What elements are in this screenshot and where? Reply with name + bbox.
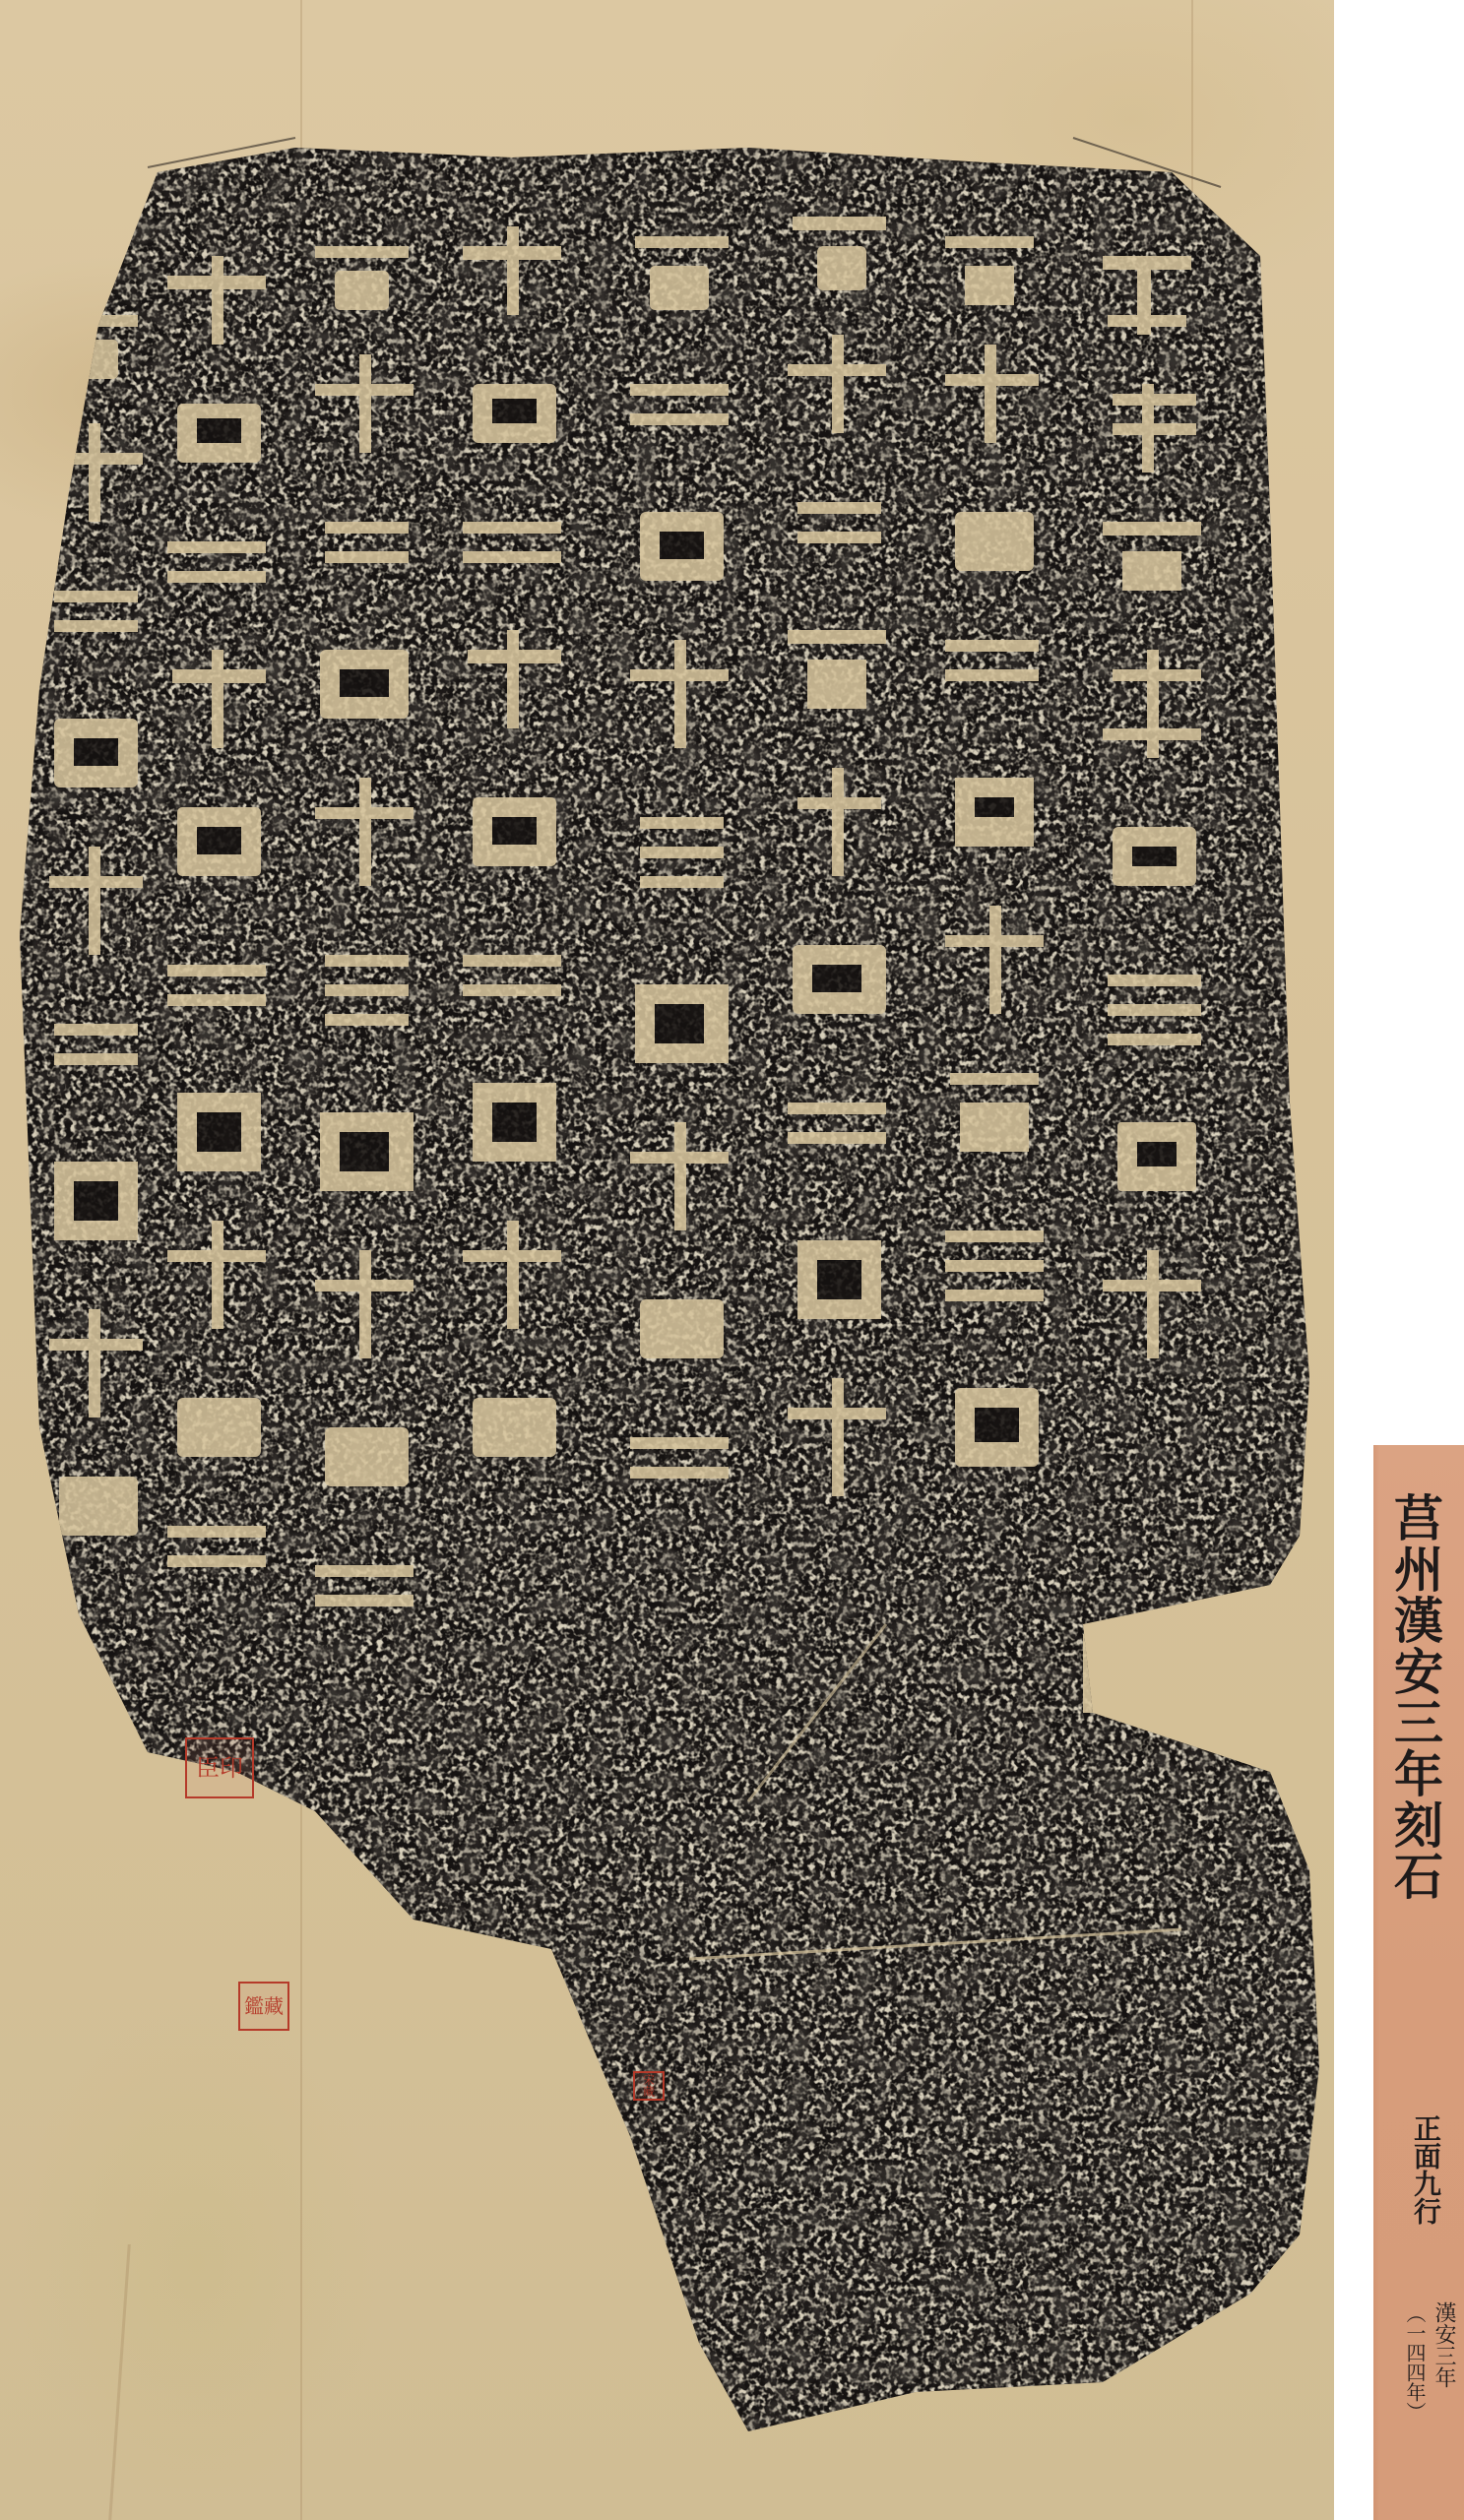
collector-seal-1: 臣 印 — [185, 1737, 254, 1798]
seal-glyph: 鑑 — [244, 1996, 264, 2016]
mount-gap — [1334, 0, 1373, 2520]
title-label-strip: 莒州漢安三年刻石 正面九行 漢安三年 （一四四年） — [1373, 1445, 1464, 2520]
label-subtitle: 正面九行 — [1403, 2114, 1442, 2225]
label-note-era: 漢安三年 — [1431, 2301, 1456, 2388]
seal-glyph: 藏 — [643, 2086, 655, 2098]
collector-seal-3: 宋 藏 — [633, 2071, 665, 2101]
ink-rubbing-area — [0, 0, 1334, 2520]
seal-glyph: 藏 — [264, 1996, 284, 2016]
label-note-year: （一四四年） — [1403, 2303, 1427, 2422]
seal-glyph: 臣 — [196, 1756, 220, 1780]
collector-seal-2: 鑑 藏 — [238, 1982, 289, 2031]
rubbing-panel: 臣 印 鑑 藏 宋 藏 — [0, 0, 1334, 2520]
label-title: 莒州漢安三年刻石 — [1393, 1492, 1452, 1902]
seal-glyph: 印 — [220, 1756, 243, 1780]
